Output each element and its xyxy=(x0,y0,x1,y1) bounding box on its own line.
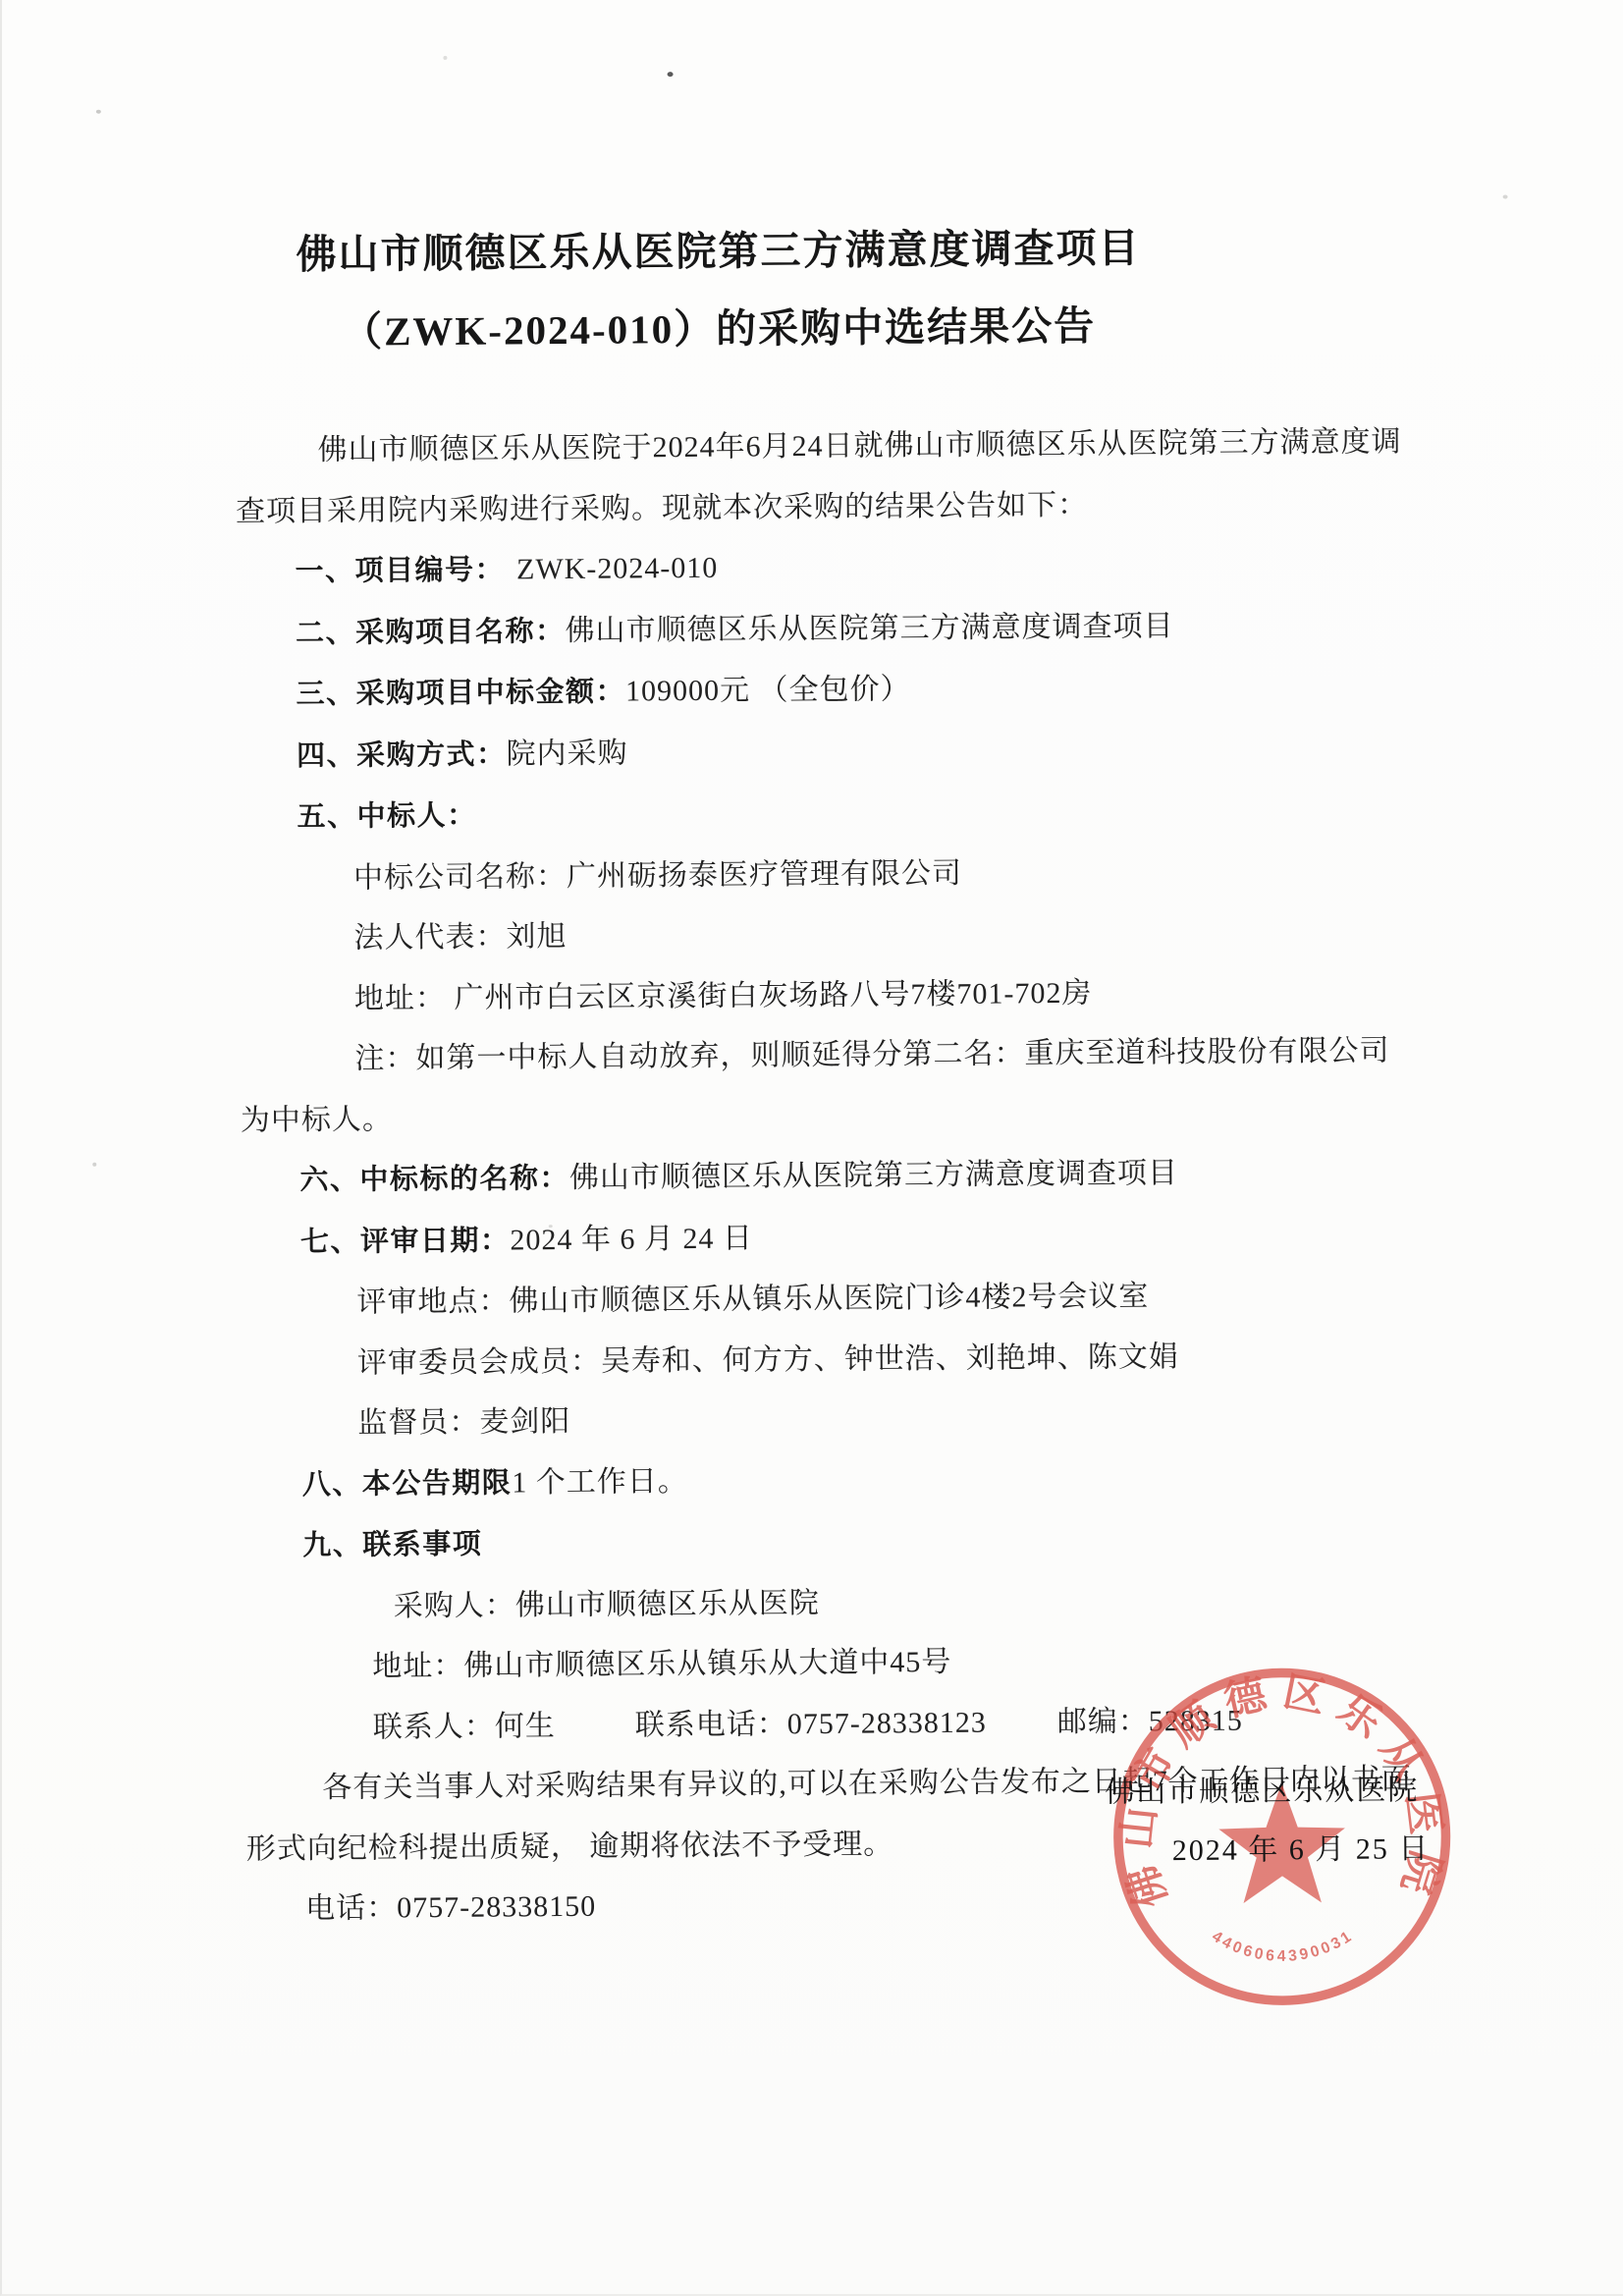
scan-speckle xyxy=(443,56,447,60)
item-7-label: 七、评审日期： xyxy=(300,1225,511,1258)
seal-code: 4406064390031 xyxy=(1209,1927,1357,1965)
review-supervisor-line: 监督员：麦剑阳 xyxy=(243,1385,1421,1454)
list-item-6: 六、中标标的名称：佛山市顺德区乐从医院第三方满意度调查项目 xyxy=(241,1141,1419,1212)
item-4-value: 院内采购 xyxy=(506,737,627,770)
document-title-line-2: （ZWK-2024-010）的采购中选结果公告 xyxy=(0,285,1442,374)
winner-note-paragraph: 注：如第一中标人自动放弃，则顺延得分第二名：重庆至道科技股份有限公司为中标人。 xyxy=(240,1020,1419,1150)
winner-address-line: 地址： 广州市白云区京溪街白灰场路八号7楼701-702房 xyxy=(240,960,1418,1030)
list-item-8: 八、本公告期限1 个工作日。 xyxy=(243,1446,1422,1516)
item-8-label: 八、本公告期限 xyxy=(302,1467,513,1501)
scanned-document-page: 佛山市顺德区乐从医院第三方满意度调查项目 （ZWK-2024-010）的采购中选… xyxy=(0,0,1623,2296)
signature-org: 佛山市顺德区乐从医院 xyxy=(1105,1765,1419,1811)
list-item-1: 一、项目编号：ZWK-2024-010 xyxy=(236,532,1414,603)
item-1-value: ZWK-2024-010 xyxy=(516,552,719,586)
item-2-label: 二、采购项目名称： xyxy=(296,615,566,648)
item-4-label: 四、采购方式： xyxy=(297,738,507,772)
scan-tilt-wrapper: 佛山市顺德区乐从医院第三方满意度调查项目 （ZWK-2024-010）的采购中选… xyxy=(0,0,1623,2296)
winner-legal-rep-line: 法人代表：刘旭 xyxy=(239,900,1417,969)
scan-speckle xyxy=(1503,194,1508,198)
contact-buyer-line: 采购人：佛山市顺德区乐从医院 xyxy=(244,1568,1423,1638)
item-9-label: 九、联系事项 xyxy=(302,1529,482,1561)
item-3-value: 109000元 （全包价） xyxy=(625,673,911,707)
item-2-value: 佛山市顺德区乐从医院第三方满意度调查项目 xyxy=(565,610,1173,647)
review-place-line: 评审地点：佛山市顺德区乐从镇乐从医院门诊4楼2号会议室 xyxy=(242,1264,1420,1334)
list-item-4: 四、采购方式：院内采购 xyxy=(238,717,1416,788)
signature-date: 2024 年 6 月 25 日 xyxy=(1172,1824,1431,1869)
list-item-7: 七、评审日期：2024 年 6 月 24 日 xyxy=(242,1203,1420,1274)
item-6-value: 佛山市顺德区乐从医院第三方满意度调查项目 xyxy=(569,1157,1178,1194)
scan-speckle xyxy=(92,1163,96,1167)
list-item-2: 二、采购项目名称：佛山市顺德区乐从医院第三方满意度调查项目 xyxy=(237,594,1415,665)
scan-speckle xyxy=(96,110,101,114)
review-committee-line: 评审委员会成员：吴寿和、何方方、钟世浩、刘艳坤、陈文娟 xyxy=(243,1325,1421,1394)
scan-speckle xyxy=(549,1225,553,1228)
document-title: 佛山市顺德区乐从医院第三方满意度调查项目 （ZWK-2024-010）的采购中选… xyxy=(0,206,1617,374)
item-5-label: 五、中标人： xyxy=(297,800,476,833)
intro-paragraph: 佛山市顺德区乐从医院于2024年6月24日就佛山市顺德区乐从医院第三方满意度调查… xyxy=(235,411,1414,541)
item-8-value: 1 个工作日。 xyxy=(512,1465,688,1499)
scan-speckle xyxy=(668,72,674,77)
list-item-3: 三、采购项目中标金额：109000元 （全包价） xyxy=(237,655,1415,726)
list-item-5: 五、中标人： xyxy=(238,778,1416,848)
contact-phone: 联系电话：0757-28338123 xyxy=(635,1692,1057,1756)
contact-person: 联系人：何生 xyxy=(373,1695,635,1758)
winner-company-line: 中标公司名称：广州砺扬泰医疗管理有限公司 xyxy=(239,840,1417,909)
document-title-line-1: 佛山市顺德区乐从医院第三方满意度调查项目 xyxy=(0,207,1441,297)
item-7-value: 2024 年 6 月 24 日 xyxy=(510,1222,753,1256)
item-1-label: 一、项目编号： xyxy=(295,554,505,587)
list-item-9: 九、联系事项 xyxy=(243,1506,1422,1577)
item-6-label: 六、中标标的名称： xyxy=(299,1163,569,1196)
item-3-label: 三、采购项目中标金额： xyxy=(296,677,625,711)
